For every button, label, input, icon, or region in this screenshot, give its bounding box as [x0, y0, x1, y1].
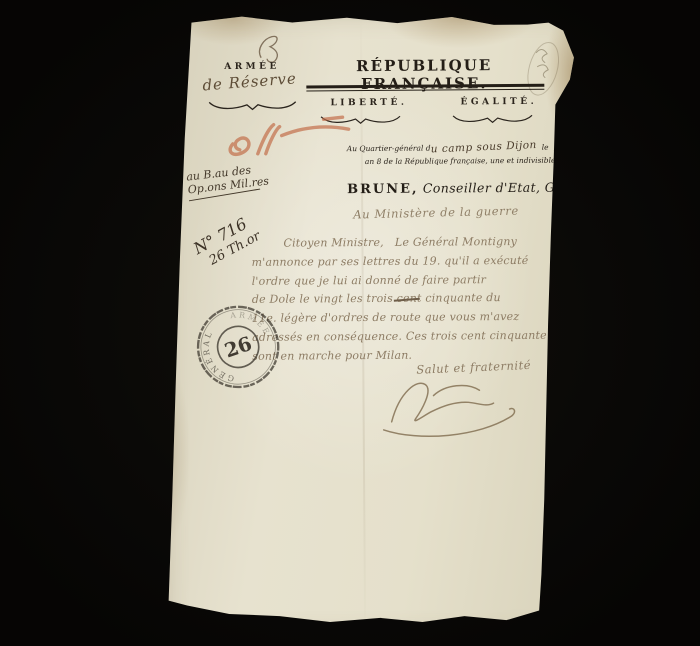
- signature-brune: [373, 371, 525, 442]
- liberty-label: LIBERTÉ.: [330, 98, 407, 109]
- stamp-number: 26: [222, 332, 255, 362]
- dateline-printed-le: le: [542, 143, 549, 152]
- body-line: 11e. légère d'ordres de route que vous m…: [252, 308, 564, 329]
- sender-name: BRUNE,: [347, 182, 419, 197]
- recipient-line: Au Ministère de la guerre: [353, 204, 519, 222]
- dateline-manuscript-date: 20 thermidor: [553, 139, 630, 154]
- dateline-flourish: —: [635, 140, 646, 152]
- dateline-manuscript-place: u camp sous Dijon: [430, 139, 536, 155]
- equality-flourish-brace: [451, 110, 535, 127]
- dateline: Au Quartier-général du camp sous Dijon l…: [347, 135, 575, 156]
- army-manuscript: de Réserve: [202, 69, 298, 94]
- letter-body: Citoyen Ministre, Le Général Montigny m'…: [251, 233, 564, 367]
- red-chalk-mark: [223, 112, 355, 163]
- document-paper: ARMÉE de Réserve RÉPUBLIQUE FRANÇAISE. L…: [158, 11, 582, 640]
- body-line: m'annonce par ses lettres du 19. qu'il a…: [251, 251, 563, 272]
- body-line: l'ordre que je lui ai donné de faire par…: [252, 270, 564, 291]
- dateline-printed-line2: an 8 de la République française, une et …: [359, 156, 564, 166]
- sender-line: BRUNE, Conseiller d'Etat, Général en che…: [347, 176, 656, 197]
- photo-background: ARMÉE de Réserve RÉPUBLIQUE FRANÇAISE. L…: [0, 0, 700, 646]
- equality-label: ÉGALITÉ.: [460, 97, 537, 108]
- body-line: Citoyen Ministre, Le Général Montigny: [251, 233, 563, 254]
- sender-titles: Conseiller d'Etat, Général en chef,: [418, 179, 655, 196]
- registry-bureau-note: au B.au des Op.ons Mil.res: [186, 162, 270, 200]
- army-flourish-brace: [206, 96, 298, 113]
- dateline-printed-prefix: Au Quartier-général d: [347, 144, 431, 154]
- body-line: adressés en conséquence. Ces trois cent …: [252, 327, 564, 348]
